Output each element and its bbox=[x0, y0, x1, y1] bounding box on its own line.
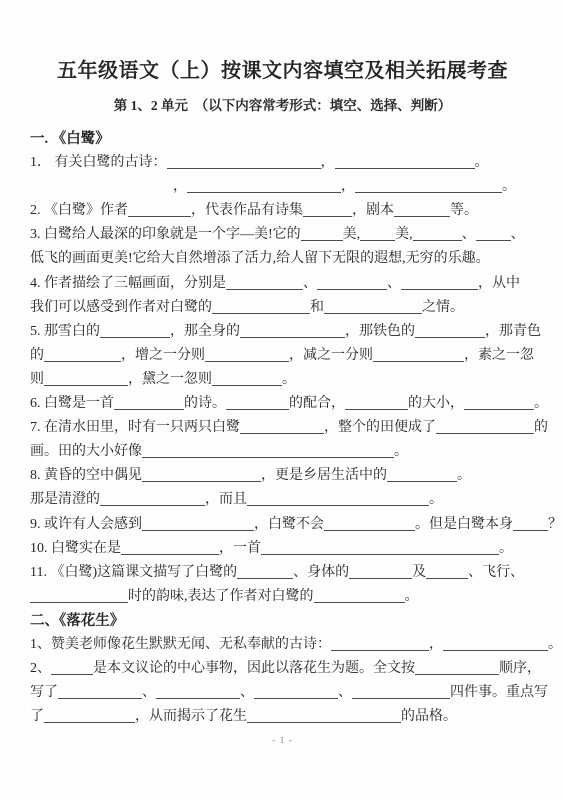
question-line: 则，黛之一忽则。 bbox=[30, 368, 551, 392]
page-title: 五年级语文（上）按课文内容填空及相关拓展考查 bbox=[0, 0, 565, 86]
fill-blank bbox=[187, 179, 341, 193]
question-line: 时的韵味,表达了作者对白鹭的。 bbox=[30, 585, 551, 609]
question-line: 1、赞美老师像花生默默无闻、无私奉献的古诗：，。 bbox=[30, 633, 551, 657]
fill-blank bbox=[240, 420, 324, 434]
fill-blank bbox=[114, 396, 184, 410]
fill-blank bbox=[317, 276, 387, 290]
fill-blank bbox=[415, 324, 485, 338]
fill-blank bbox=[58, 685, 142, 699]
fill-blank bbox=[345, 396, 408, 410]
fill-blank bbox=[426, 565, 468, 579]
fill-blank bbox=[360, 227, 395, 241]
fill-blank bbox=[464, 396, 534, 410]
question-line: 的，增之一分则，减之一分则，素之一忽 bbox=[30, 344, 551, 368]
question-line: ，，。 bbox=[30, 175, 551, 199]
fill-blank bbox=[142, 444, 394, 458]
question-line: 5. 那雪白的，那全身的，那铁色的，那青色 bbox=[30, 320, 551, 344]
question-line: 7. 在清水田里，时有一只两只白鹭，整个的田便成了的 bbox=[30, 416, 551, 440]
fill-blank bbox=[44, 372, 128, 386]
fill-blank bbox=[240, 324, 345, 338]
fill-blank bbox=[212, 372, 282, 386]
fill-blank bbox=[167, 155, 321, 169]
section-heading: 一. 《白鹭》 bbox=[30, 127, 551, 151]
question-line: 10. 白鹭实在是，一首。 bbox=[30, 537, 551, 561]
fill-blank bbox=[513, 517, 548, 531]
fill-blank bbox=[443, 637, 548, 651]
fill-blank bbox=[349, 565, 412, 579]
fill-blank bbox=[476, 227, 511, 241]
fill-blank bbox=[324, 300, 422, 314]
question-line: 11. 《白鹭)这篇课文描写了白鹭的、身体的及、飞行、 bbox=[30, 561, 551, 585]
fill-blank bbox=[301, 227, 343, 241]
question-line: 6. 白鹭是一首的诗。的配合，的大小，。 bbox=[30, 392, 551, 416]
fill-blank bbox=[394, 203, 450, 217]
question-line: 了，从而揭示了花生的品格。 bbox=[30, 705, 551, 729]
fill-blank bbox=[100, 324, 170, 338]
fill-blank bbox=[261, 541, 499, 555]
fill-blank bbox=[335, 155, 475, 169]
question-line: 我们可以感受到作者对白鹭的和之情。 bbox=[30, 296, 551, 320]
question-line: 3. 白鹭给人最深的印象就是一个字—美!它的美,美,、、 bbox=[30, 223, 551, 247]
question-line: 8. 黄昏的空中偶见，更是乡居生活中的。 bbox=[30, 464, 551, 488]
question-line: 1． 有关白鹭的古诗：，。 bbox=[30, 151, 551, 175]
question-line: 4. 作者描绘了三幅画面，分别是、、，从中 bbox=[30, 272, 551, 296]
fill-blank bbox=[415, 661, 499, 675]
section-heading: 二、《落花生》 bbox=[30, 609, 551, 633]
sections-container: 一. 《白鹭》1． 有关白鹭的古诗：，。，，。2. 《白鹭》作者，代表作品有诗集… bbox=[30, 127, 551, 729]
fill-blank bbox=[226, 396, 289, 410]
fill-blank bbox=[30, 589, 128, 603]
worksheet-page: 五年级语文（上）按课文内容填空及相关拓展考查 第 1、2 单元 （以下内容常考形… bbox=[0, 0, 565, 800]
fill-blank bbox=[212, 300, 310, 314]
fill-blank bbox=[237, 565, 293, 579]
fill-blank bbox=[387, 468, 457, 482]
fill-blank bbox=[303, 203, 352, 217]
fill-blank bbox=[226, 276, 303, 290]
question-line: 9. 或许有人会感到，白鹭不会。但是白鹭本身？ bbox=[30, 513, 551, 537]
question-line: 2. 《白鹭》作者，代表作品有诗集，剧本等。 bbox=[30, 199, 551, 223]
question-line: 2、是本文议论的中心事物，因此以落花生为题。全文按顺序， bbox=[30, 657, 551, 681]
fill-blank bbox=[247, 492, 429, 506]
fill-blank bbox=[142, 517, 254, 531]
fill-blank bbox=[156, 685, 240, 699]
fill-blank bbox=[142, 468, 261, 482]
fill-blank bbox=[247, 709, 401, 723]
fill-blank bbox=[44, 709, 135, 723]
fill-blank bbox=[331, 637, 429, 651]
page-subtitle: 第 1、2 单元 （以下内容常考形式：填空、选择、判断） bbox=[0, 97, 565, 115]
fill-blank bbox=[352, 685, 450, 699]
fill-blank bbox=[121, 541, 219, 555]
question-line: 写了、、、四件事。重点写 bbox=[30, 681, 551, 705]
fill-blank bbox=[373, 348, 464, 362]
fill-blank bbox=[100, 492, 205, 506]
fill-blank bbox=[324, 517, 415, 531]
fill-blank bbox=[128, 203, 191, 217]
question-line: 那是清澄的，而且。 bbox=[30, 488, 551, 512]
fill-blank bbox=[314, 589, 405, 603]
fill-blank bbox=[355, 179, 502, 193]
fill-blank bbox=[44, 348, 121, 362]
page-number: - 1 - bbox=[0, 736, 565, 746]
fill-blank bbox=[51, 661, 93, 675]
fill-blank bbox=[205, 348, 289, 362]
fill-blank bbox=[413, 227, 462, 241]
fill-blank bbox=[436, 420, 534, 434]
fill-blank bbox=[401, 276, 478, 290]
question-line: 低飞的画面更美!它给大自然增添了活力,给人留下无限的遐想,无穷的乐趣。 bbox=[30, 247, 551, 271]
question-line: 画。田的大小好像。 bbox=[30, 440, 551, 464]
fill-blank bbox=[254, 685, 338, 699]
